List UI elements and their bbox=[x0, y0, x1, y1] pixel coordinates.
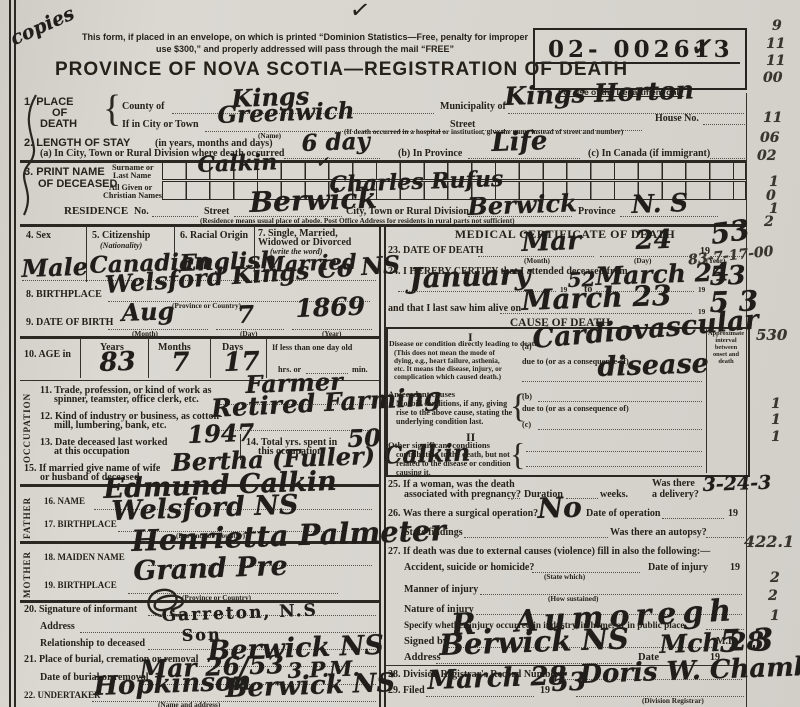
pregnancy-blank bbox=[508, 497, 520, 499]
divider-dob bbox=[20, 336, 379, 339]
margin-note: 530 bbox=[756, 326, 787, 344]
residence-label: RESIDENCE bbox=[64, 205, 128, 217]
delivery-answer: 3-24-3 bbox=[702, 472, 771, 496]
cause-b-blank bbox=[538, 400, 702, 402]
other-blank1 bbox=[526, 450, 702, 452]
cause-c-label: (c) bbox=[522, 420, 531, 429]
margin-note: 1 bbox=[771, 429, 781, 445]
place-of-death-label3: DEATH bbox=[40, 118, 77, 130]
mother-vertical-label: MOTHER bbox=[22, 546, 32, 598]
informant-addr-value: Garreton, N.S bbox=[161, 601, 318, 626]
stay-b-value: Life bbox=[491, 126, 548, 158]
operation-date-blank bbox=[662, 517, 724, 519]
operation-label: 26. Was there a surgical operation? bbox=[388, 508, 538, 519]
city-value: Greenwich bbox=[217, 97, 355, 129]
date-of-death-label: 23. DATE OF DEATH bbox=[388, 245, 483, 256]
occupation-vertical-label: OCCUPATION bbox=[22, 385, 32, 463]
residence-no-label: No. bbox=[134, 206, 149, 217]
checkmark-top: ✓ bbox=[348, 0, 372, 25]
undertaker-label: 22. UNDERTAKER bbox=[24, 690, 101, 700]
operation-19: 19 bbox=[728, 508, 738, 519]
place-brace: { bbox=[103, 90, 121, 128]
municipality-value: Kings Horton bbox=[504, 75, 694, 111]
age-div-1 bbox=[80, 338, 81, 378]
cause-a-label: (a) bbox=[522, 342, 532, 351]
death-certificate-scan: copies This form, if placed in an envelo… bbox=[0, 0, 800, 707]
weeks-label: weeks. bbox=[600, 489, 628, 500]
stay-c-label: (c) In Canada (if immigrant) bbox=[588, 148, 710, 159]
industry-label2: mill, lumbering, bank, etc. bbox=[54, 420, 167, 431]
residence-prov-value: N. S bbox=[631, 188, 689, 219]
state-which-note: (State which) bbox=[544, 573, 585, 581]
informant-label: 20. Signature of informant bbox=[24, 604, 137, 615]
division-registrar-note: (Division Registrar) bbox=[642, 697, 704, 705]
dod-month: Mar bbox=[521, 226, 581, 258]
undertaker-note: (Name and address) bbox=[158, 701, 220, 707]
age-div-2 bbox=[148, 338, 149, 378]
injury-19: 19 bbox=[730, 562, 740, 573]
filed-date-blank bbox=[426, 695, 534, 697]
municipality-label: Municipality of bbox=[440, 101, 506, 112]
age-note: If less than one day old bbox=[272, 343, 352, 352]
pregnancy-label2: associated with pregnancy? bbox=[404, 489, 521, 500]
sex-label: 4. Sex bbox=[26, 230, 51, 241]
accident-label: Accident, suicide or homicide? bbox=[404, 562, 534, 573]
margin-note: 2 bbox=[764, 214, 774, 230]
dod-year: 53 bbox=[708, 213, 751, 251]
delivery-label2: a delivery? bbox=[652, 489, 699, 500]
age-label: 10. AGE in bbox=[24, 349, 71, 360]
operation-date-label: Date of operation bbox=[586, 508, 660, 519]
last-worked-label2: at this occupation bbox=[54, 446, 130, 457]
father-vertical-label: FATHER bbox=[22, 489, 32, 539]
margin-note: 9 bbox=[772, 18, 782, 34]
mail-notice-line2: use $300,” and properly addressed will p… bbox=[70, 45, 540, 55]
division-registrar-signature: Doris W. Chambers bbox=[579, 650, 800, 690]
birthplace-label: 8. BIRTHPLACE bbox=[26, 289, 102, 300]
cause-d5: complication which caused death.) bbox=[394, 373, 501, 381]
municipality-blank bbox=[508, 112, 744, 114]
last-worked-value: 1947 bbox=[187, 418, 255, 449]
certify-19b: 19 bbox=[698, 286, 705, 294]
manner-label: Manner of injury bbox=[404, 584, 478, 595]
dob-month: Aug bbox=[121, 296, 175, 327]
cause-due2: due to (or as a consequence of) bbox=[522, 404, 629, 413]
dod-day: 24 bbox=[635, 225, 672, 256]
relationship-label: Relationship to deceased bbox=[40, 638, 145, 649]
citizenship-label: 5. Citizenship bbox=[92, 230, 150, 241]
margin-note: 06 bbox=[760, 130, 779, 146]
antecedent-4: underlying condition last. bbox=[396, 418, 483, 427]
age-div-3 bbox=[210, 338, 211, 378]
delivery-label1: Was there bbox=[652, 478, 695, 489]
external-label: 27. If death was due to external causes … bbox=[388, 546, 710, 557]
mother-birthplace-label: 19. BIRTHPLACE bbox=[44, 580, 117, 590]
citizenship-sub: (Nationality) bbox=[100, 241, 142, 250]
checkmark-surname: ✓ bbox=[314, 151, 332, 174]
stay-b-blank bbox=[468, 157, 580, 159]
dob-year: 1869 bbox=[295, 292, 366, 323]
margin-note: 02 bbox=[757, 148, 776, 164]
print-name-label2: OF DECEASED bbox=[38, 178, 117, 190]
filed-19: 19 bbox=[540, 685, 550, 696]
residence-no-blank bbox=[152, 215, 198, 217]
trade-label2: spinner, teamster, office clerk, etc. bbox=[54, 394, 199, 405]
margin-note: 1 bbox=[771, 412, 781, 428]
other-4: causing it. bbox=[396, 469, 431, 478]
house-no-blank bbox=[703, 123, 745, 125]
code-margin-note: 422.1 bbox=[744, 532, 794, 551]
margin-note: 11 bbox=[763, 110, 782, 126]
residence-prov-label: Province bbox=[578, 206, 616, 217]
stay-b-label: (b) In Province bbox=[398, 148, 462, 159]
print-name-label: 3. PRINT NAME bbox=[24, 166, 105, 178]
surname-value: Calkin bbox=[197, 149, 278, 178]
injury-date-label: Date of injury bbox=[648, 562, 708, 573]
findings-blank bbox=[464, 536, 608, 538]
maiden-name-label: 18. MAIDEN NAME bbox=[44, 552, 125, 562]
surname-label2: Last Name bbox=[113, 171, 151, 180]
operation-answer: No bbox=[537, 490, 582, 525]
corner-scribble: copies bbox=[7, 2, 78, 50]
age-note3: min. bbox=[352, 365, 368, 374]
stay-c-blank bbox=[710, 157, 745, 159]
stay-a-value: 6 day bbox=[301, 128, 370, 157]
mail-notice-line1: This form, if placed in an envelope, on … bbox=[70, 33, 540, 43]
given-label2: Christian Names bbox=[103, 191, 162, 200]
cause-c-blank bbox=[538, 428, 702, 430]
undertaker-blank bbox=[92, 700, 376, 702]
margin-note: 2 bbox=[768, 588, 778, 604]
city-label: If in City or Town bbox=[122, 119, 199, 130]
margin-note: 1 bbox=[770, 608, 780, 624]
county-label: County of bbox=[122, 101, 165, 112]
cause-b-label: (b) bbox=[522, 392, 532, 401]
racial-origin-label: 6. Racial Origin bbox=[180, 230, 248, 241]
margin-note: 11 bbox=[766, 53, 785, 69]
age-months-value: 7 bbox=[171, 347, 190, 378]
margin-note: 11 bbox=[766, 36, 785, 52]
house-no-label: House No. bbox=[655, 113, 699, 124]
margin-note: 2 bbox=[770, 570, 780, 586]
dob-day: 7 bbox=[237, 299, 255, 329]
filed-label: 29. Filed bbox=[388, 685, 425, 696]
father-birthplace-label: 17. BIRTHPLACE bbox=[44, 519, 117, 529]
other-brace: { bbox=[510, 438, 525, 470]
age-years-value: 83 bbox=[99, 347, 136, 378]
father-name-label: 16. NAME bbox=[44, 496, 85, 506]
cause-a2-blank bbox=[522, 380, 702, 382]
findings-label: State findings bbox=[404, 527, 463, 538]
cause-a2-value: disease bbox=[597, 348, 709, 383]
dob-label: 9. DATE OF BIRTH bbox=[26, 317, 113, 328]
autopsy-label: Was there an autopsy? bbox=[610, 527, 707, 538]
margin-note: 00 bbox=[763, 70, 782, 86]
dob-month-blank bbox=[108, 328, 208, 330]
birthplace-note: (Province or Country) bbox=[172, 302, 241, 310]
informant-addr-label: Address bbox=[40, 621, 75, 632]
autopsy-blank bbox=[706, 536, 744, 538]
physician-addr-value: Berwick NS bbox=[439, 621, 630, 662]
margin-note: 1 bbox=[771, 396, 781, 412]
undertaker-value2: Berwick NS bbox=[225, 668, 396, 704]
other-blank2 bbox=[526, 465, 702, 467]
